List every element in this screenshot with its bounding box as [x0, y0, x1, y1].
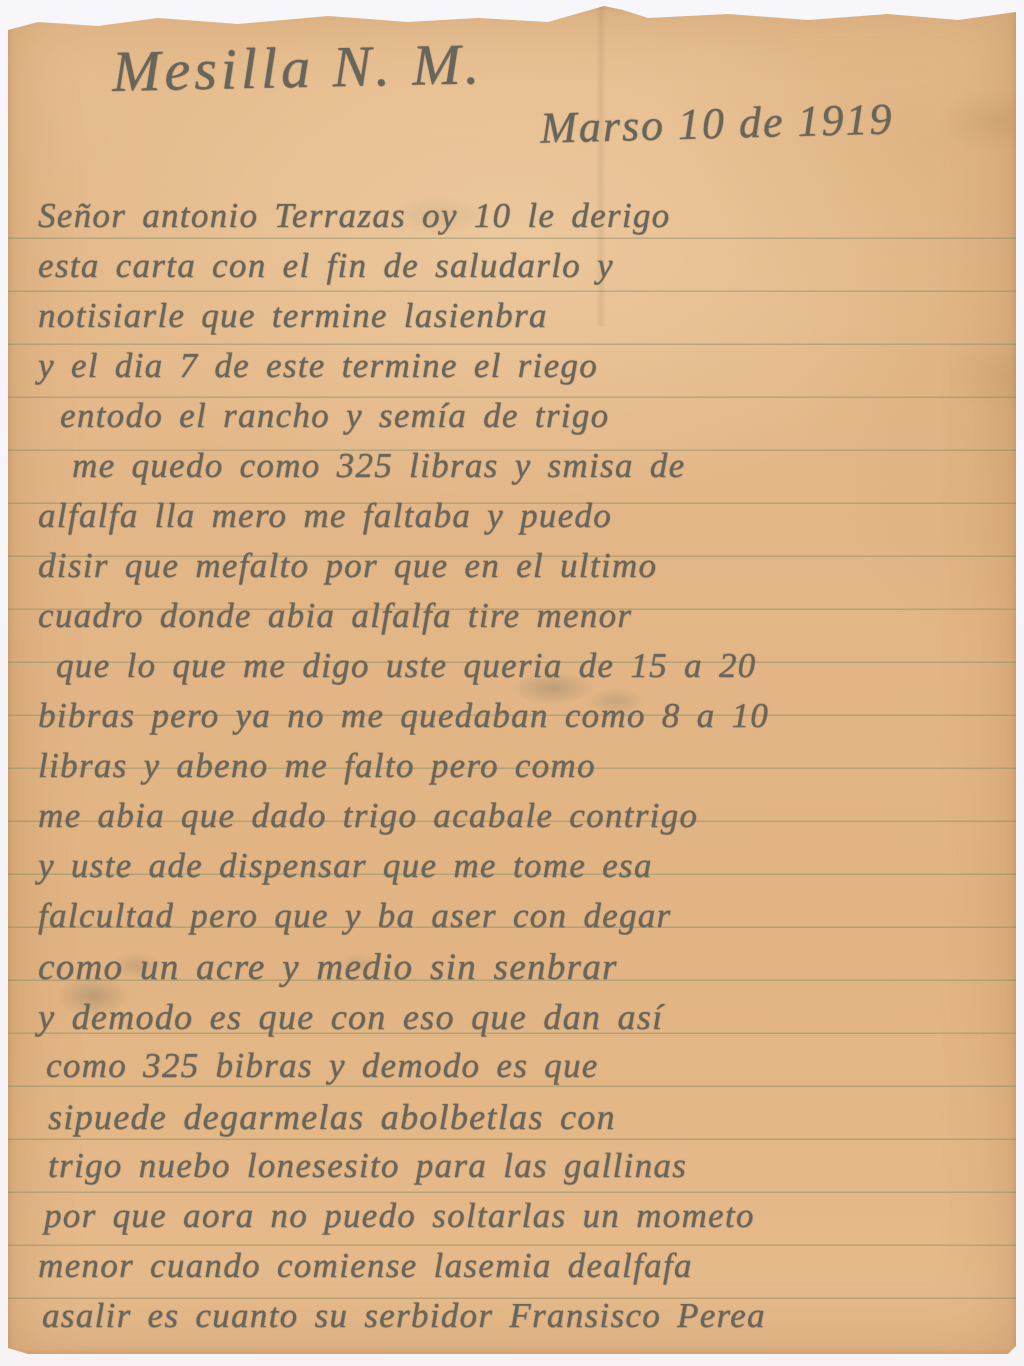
letter-paper: Mesilla N. M. Marso 10 de 1919 Señor ant… — [8, 6, 1016, 1354]
letter-line: alfalfa lla mero me faltaba y puedo — [32, 496, 1008, 546]
letter-line: como 325 bibras y demodo es que — [32, 1046, 1008, 1096]
letter-line: Señor antonio Terrazas oy 10 le derigo — [32, 196, 1008, 246]
letter-line: por que aora no puedo soltarlas un momet… — [32, 1196, 1008, 1246]
scan-background: Mesilla N. M. Marso 10 de 1919 Señor ant… — [0, 0, 1024, 1366]
letter-line: falcultad pero que y ba aser con degar — [32, 896, 1008, 946]
letter-line: cuadro donde abia alfalfa tire menor — [32, 596, 1008, 646]
letter-line: como un acre y medio sin senbrar — [32, 946, 1008, 996]
letter-line: y uste ade dispensar que me tome esa — [32, 846, 1008, 896]
letter-line: libras y abeno me falto pero como — [32, 746, 1008, 796]
letter-line: y demodo es que con eso que dan así — [32, 996, 1008, 1046]
letter-body: Señor antonio Terrazas oy 10 le derigo e… — [32, 196, 1008, 1346]
letter-line: notisiarle que termine lasienbra — [32, 296, 1008, 346]
letter-line: menor cuando comiense lasemia dealfafa — [32, 1246, 1008, 1296]
letter-line: me abia que dado trigo acabale contrigo — [32, 796, 1008, 846]
letter-line: me quedo como 325 libras y smisa de — [32, 446, 1008, 496]
place-line: Mesilla N. M. — [111, 30, 483, 105]
letter-line: trigo nuebo lonesesito para las gallinas — [32, 1146, 1008, 1196]
date-line: Marso 10 de 1919 — [539, 93, 894, 153]
letter-line: y el dia 7 de este termine el riego — [32, 346, 1008, 396]
letter-line: asalir es cuanto su serbidor Fransisco P… — [32, 1296, 1008, 1346]
letter-line: disir que mefalto por que en el ultimo — [32, 546, 1008, 596]
letter-line: que lo que me digo uste queria de 15 a 2… — [32, 646, 1008, 696]
letter-line: bibras pero ya no me quedaban como 8 a 1… — [32, 696, 1008, 746]
letter-line: sipuede degarmelas abolbetlas con — [32, 1096, 1008, 1146]
letter-line: entodo el rancho y semía de trigo — [32, 396, 1008, 446]
letter-line: esta carta con el fin de saludarlo y — [32, 246, 1008, 296]
